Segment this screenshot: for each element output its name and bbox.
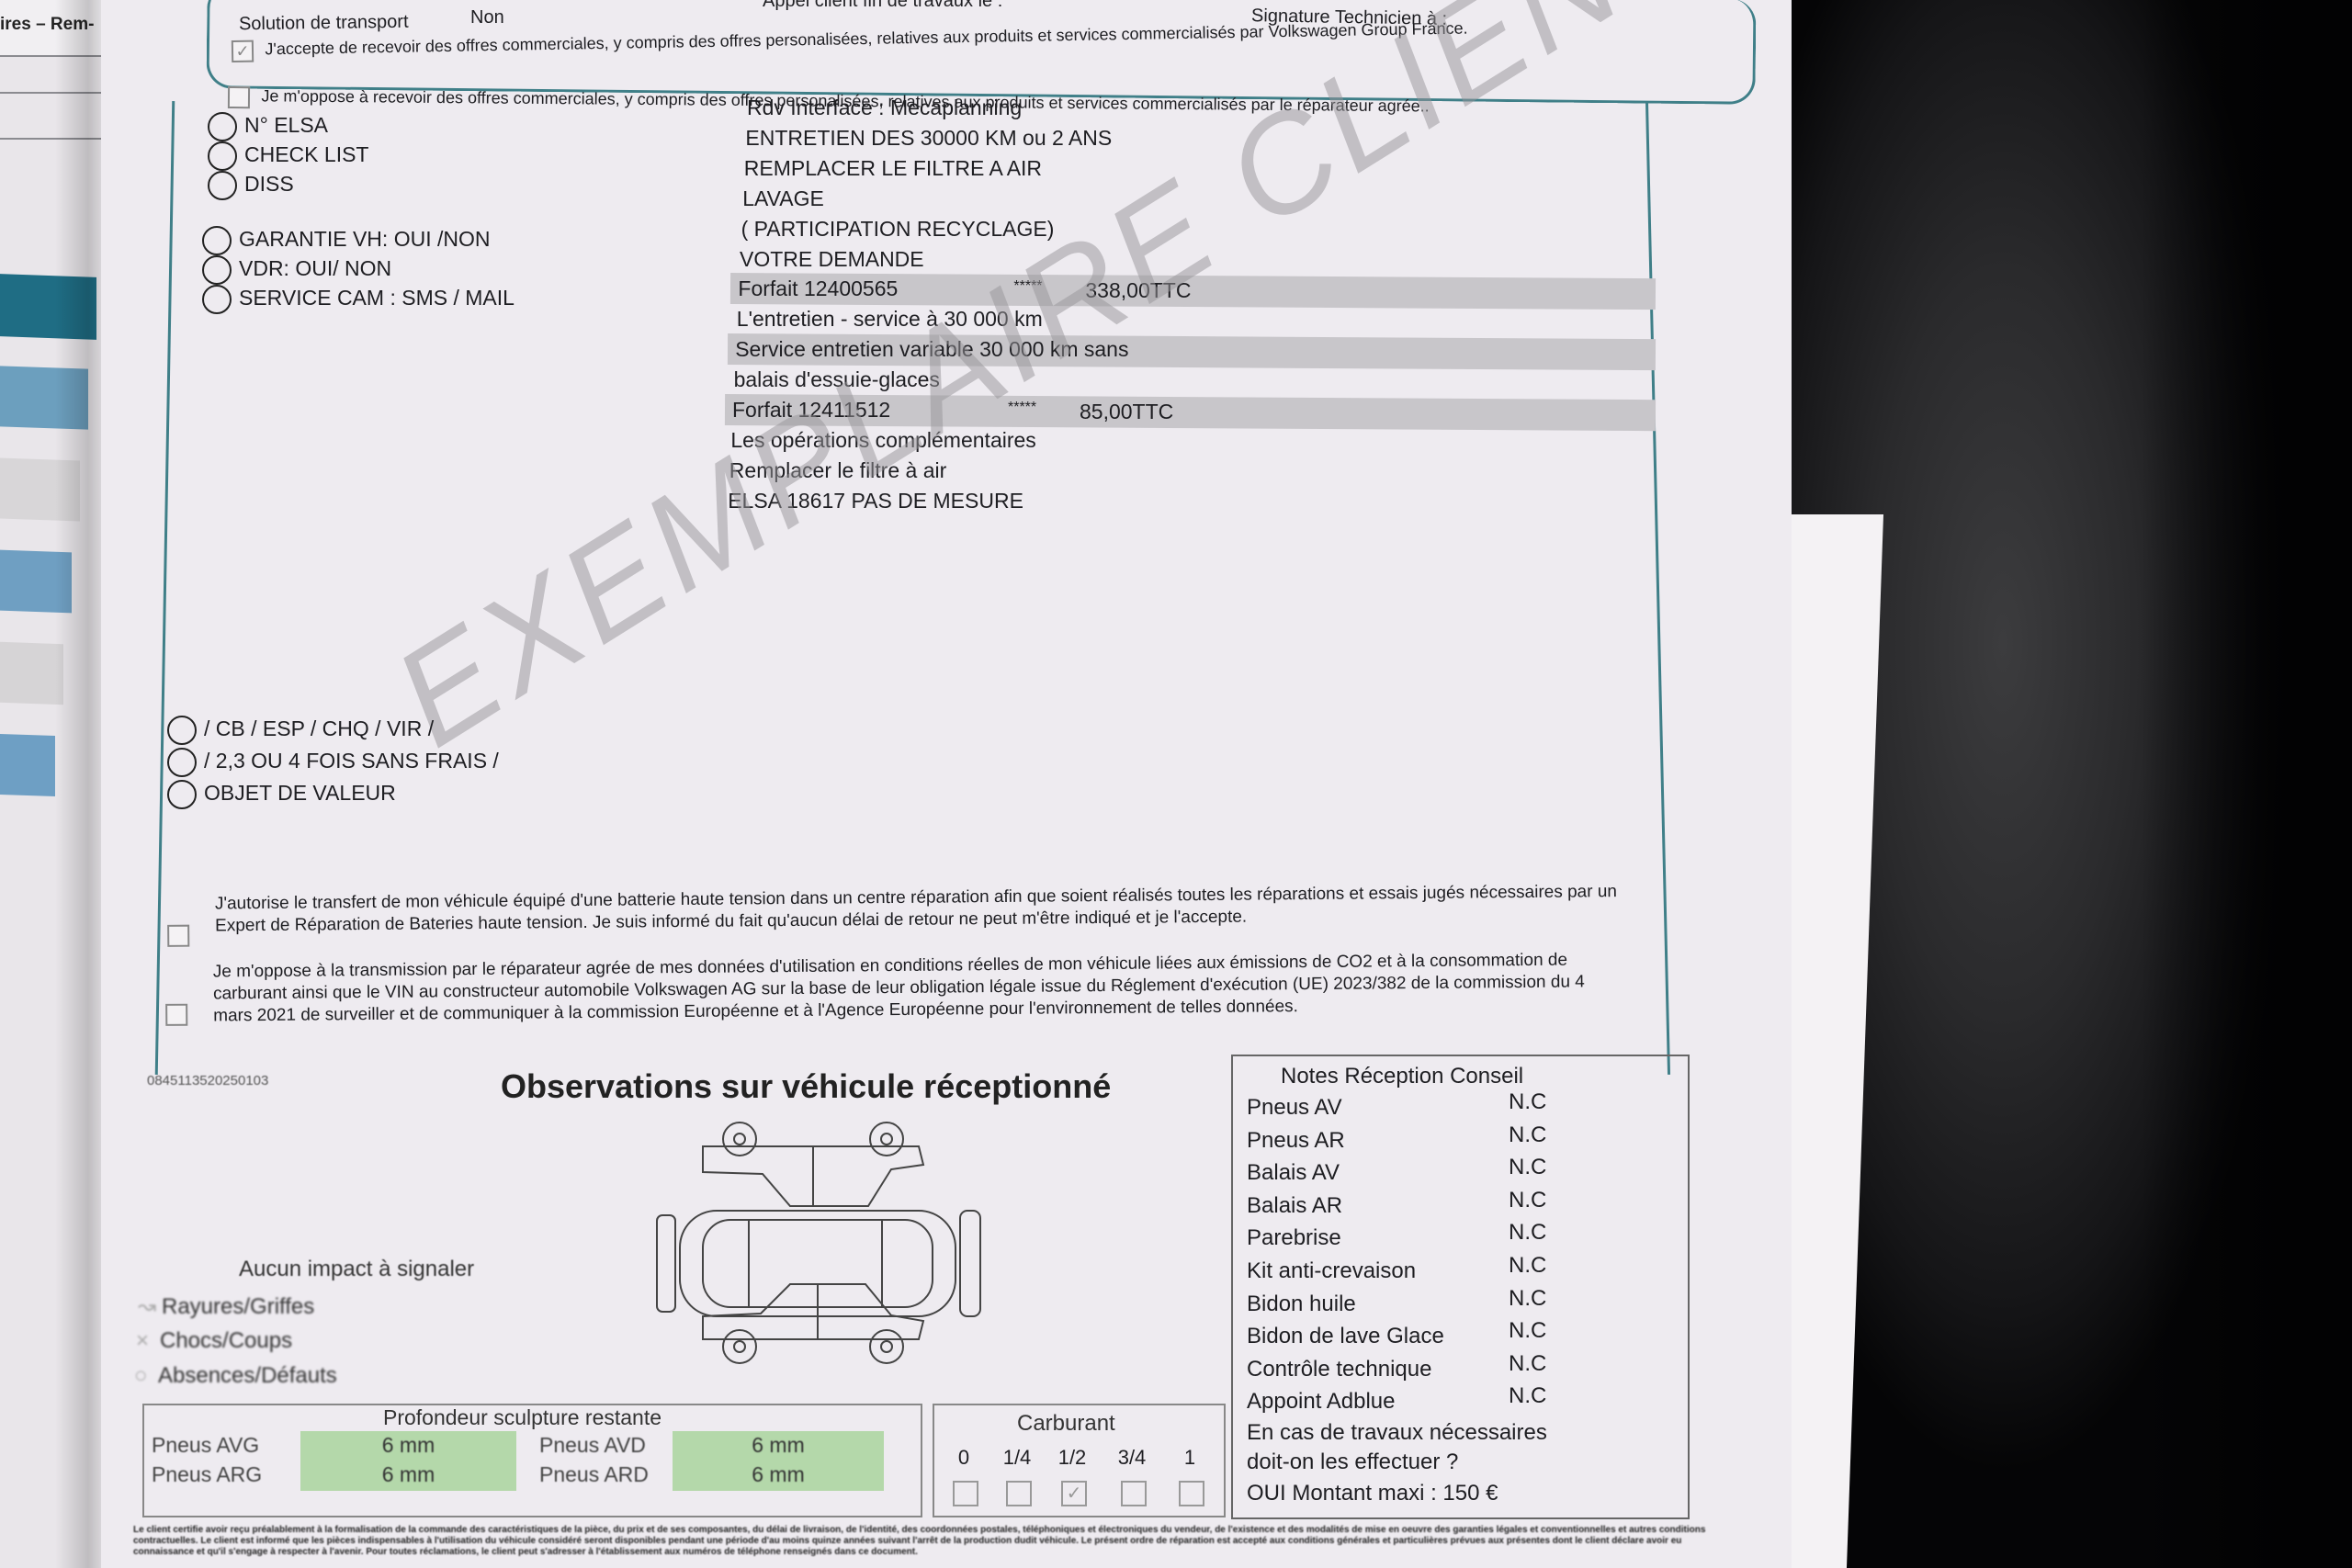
radio-icon[interactable] [167, 748, 197, 777]
fuel-checkbox[interactable] [1006, 1481, 1032, 1506]
tire-label-avd: Pneus AVD [539, 1433, 646, 1458]
radio-icon[interactable] [208, 112, 237, 141]
observations-title: Observations sur véhicule réceptionné [501, 1067, 1111, 1106]
circle-icon: ○ [134, 1363, 158, 1389]
work-order-line-text: Rdv Interface : Mecaplanning [747, 96, 1022, 119]
notes-item-value: N.C [1509, 1188, 1546, 1213]
watermark-text: EXEMPLAIRE CLIENT [367, 0, 1726, 778]
fuel-title: Carburant [1017, 1411, 1115, 1437]
notes-item-value: N.C [1509, 1155, 1546, 1180]
option-payment-installments[interactable]: / 2,3 OU 4 FOIS SANS FRAIS / [167, 745, 499, 777]
repair-order-document: Appel client fin de travaux le : Solutio… [101, 0, 1792, 1568]
tire-label-avg: Pneus AVG [152, 1433, 259, 1458]
tire-label-ard: Pneus ARD [539, 1462, 649, 1487]
consent-battery-text: J'autorise le transfert de mon véhicule … [215, 881, 1619, 937]
document-number: 0845113520250103 [147, 1073, 268, 1089]
work-order-line: VOTRE DEMANDE [740, 247, 924, 272]
notes-title: Notes Réception Conseil [1281, 1064, 1523, 1089]
option-elsa[interactable]: N° ELSA [208, 110, 368, 140]
notes-item-value: N.C [1509, 1253, 1546, 1279]
fuel-level-panel: Carburant 01/41/2✓3/41 [933, 1404, 1226, 1517]
notes-item-label: Balais AV [1247, 1160, 1340, 1186]
work-order-line-text: ( PARTICIPATION RECYCLAGE) [741, 217, 1055, 241]
tire-value-ard: 6 mm [673, 1462, 884, 1487]
fuel-option-label: 0 [945, 1446, 982, 1470]
consent-vw-checkbox[interactable]: ✓ [232, 39, 254, 62]
notes-item-label: Pneus AV [1247, 1095, 1342, 1121]
option-service-cam[interactable]: SERVICE CAM : SMS / MAIL [202, 283, 514, 312]
work-order-line-text: ENTRETIEN DES 30000 KM ou 2 ANS [745, 126, 1112, 150]
work-order-line-text: REMPLACER LE FILTRE A AIR [744, 156, 1042, 180]
consent-battery-row[interactable]: J'autorise le transfert de mon véhicule … [167, 881, 1619, 938]
frame-border-right [1645, 101, 1670, 1075]
tire-value-avd: 6 mm [673, 1433, 884, 1458]
notes-answer: OUI Montant maxi : 150 € [1247, 1481, 1498, 1506]
fuel-option-label: 3/4 [1114, 1446, 1150, 1470]
fuel-checkbox[interactable]: ✓ [1061, 1481, 1087, 1506]
notes-item-label: Pneus AR [1247, 1128, 1345, 1154]
notes-reception-panel: Notes Réception Conseil Pneus AVN.CPneus… [1231, 1055, 1690, 1519]
fuel-option-label: 1/4 [999, 1446, 1035, 1470]
fine-print: Le client certifie avoir reçu préalablem… [133, 1525, 1713, 1558]
notes-item-label: Appoint Adblue [1247, 1389, 1395, 1415]
legend-item: ○Absences/Défauts [134, 1363, 337, 1389]
background-stripe [0, 734, 55, 796]
notes-item-value: N.C [1509, 1351, 1546, 1377]
radio-icon[interactable] [202, 255, 232, 285]
cross-icon: × [136, 1328, 160, 1354]
tread-depth-title: Profondeur sculpture restante [383, 1405, 661, 1430]
notes-question-line-2: doit-on les effectuer ? [1247, 1450, 1458, 1475]
option-payment-method[interactable]: / CB / ESP / CHQ / VIR / [167, 713, 499, 745]
work-order-line: ENTRETIEN DES 30000 KM ou 2 ANS [745, 126, 1112, 151]
notes-item-value: N.C [1509, 1089, 1546, 1115]
radio-icon[interactable] [202, 285, 232, 314]
radio-icon[interactable] [208, 141, 237, 171]
radio-icon[interactable] [208, 171, 237, 200]
legend-label: Chocs/Coups [160, 1328, 292, 1353]
consent-co2-row[interactable]: Je m'oppose à la transmission par le rép… [165, 949, 1627, 1028]
tire-value-arg: 6 mm [300, 1462, 516, 1487]
consent-battery-checkbox[interactable] [167, 925, 189, 947]
tire-label-arg: Pneus ARG [152, 1462, 262, 1487]
notes-item-value: N.C [1509, 1286, 1546, 1312]
consent-dealer-checkbox[interactable] [228, 86, 250, 108]
consent-co2-text: Je m'oppose à la transmission par le rép… [213, 949, 1627, 1027]
radio-icon[interactable] [202, 226, 232, 255]
radio-icon[interactable] [167, 716, 197, 745]
notes-item-label: Balais AR [1247, 1193, 1342, 1219]
notes-item-label: Bidon de lave Glace [1247, 1324, 1444, 1349]
notes-item-value: N.C [1509, 1383, 1546, 1409]
notes-question-line-1: En cas de travaux nécessaires [1247, 1420, 1547, 1446]
option-valuables[interactable]: OBJET DE VALEUR [167, 777, 499, 809]
vehicle-diagram-icon[interactable] [652, 1119, 983, 1367]
notes-item-label: Parebrise [1247, 1225, 1341, 1251]
fuel-option-label: 1/2 [1054, 1446, 1091, 1470]
option-checklist[interactable]: CHECK LIST [208, 140, 368, 169]
work-order-line-text: VOTRE DEMANDE [740, 247, 924, 271]
legend-label: Absences/Défauts [158, 1363, 337, 1388]
option-diss[interactable]: DISS [208, 169, 368, 198]
legend-label: Rayures/Griffes [162, 1294, 314, 1319]
work-order-line: Rdv Interface : Mecaplanning [747, 96, 1022, 120]
payment-options: / CB / ESP / CHQ / VIR / / 2,3 OU 4 FOIS… [167, 713, 499, 809]
fuel-option-label: 1 [1171, 1446, 1208, 1470]
work-order-line: REMPLACER LE FILTRE A AIR [744, 156, 1042, 181]
appel-client-label: Appel client fin de travaux le : [763, 0, 1002, 12]
legend-item: ↝Rayures/Griffes [138, 1293, 314, 1320]
fuel-checkbox[interactable] [1121, 1481, 1147, 1506]
options-group-1: N° ELSA CHECK LIST DISS [208, 110, 368, 198]
work-order-price: 85,00TTC [1080, 400, 1173, 424]
notes-item-value: N.C [1509, 1318, 1546, 1344]
fuel-checkbox[interactable] [953, 1481, 978, 1506]
notes-item-value: N.C [1509, 1122, 1546, 1148]
transport-value: Non [470, 7, 504, 28]
work-order-line: Forfait 12400565*****338,00TTC [738, 276, 898, 301]
tire-value-avg: 6 mm [300, 1433, 516, 1458]
fuel-checkbox[interactable] [1179, 1481, 1204, 1506]
work-order-line-text: LAVAGE [742, 186, 824, 210]
tread-depth-panel: Profondeur sculpture restante Pneus AVG … [142, 1404, 922, 1517]
option-vdr[interactable]: VDR: OUI/ NON [202, 254, 514, 283]
option-garantie[interactable]: GARANTIE VH: OUI /NON [202, 224, 514, 254]
work-order-line-text: Forfait 12400565 [738, 276, 898, 300]
consent-co2-checkbox[interactable] [165, 1004, 187, 1026]
no-impact-label: Aucun impact à signaler [239, 1257, 474, 1282]
radio-icon[interactable] [167, 780, 197, 809]
scratch-icon: ↝ [138, 1293, 162, 1320]
notes-item-label: Contrôle technique [1247, 1357, 1431, 1382]
notes-item-label: Bidon huile [1247, 1292, 1356, 1317]
background-stripe [0, 642, 63, 705]
work-order-line: LAVAGE [742, 186, 824, 211]
transport-label: Solution de transport [239, 12, 409, 36]
legend-item: ×Chocs/Coups [136, 1328, 292, 1354]
notes-item-label: Kit anti-crevaison [1247, 1258, 1416, 1284]
work-order-line: ( PARTICIPATION RECYCLAGE) [741, 217, 1055, 242]
notes-item-value: N.C [1509, 1220, 1546, 1246]
options-group-2: GARANTIE VH: OUI /NON VDR: OUI/ NON SERV… [202, 224, 514, 312]
